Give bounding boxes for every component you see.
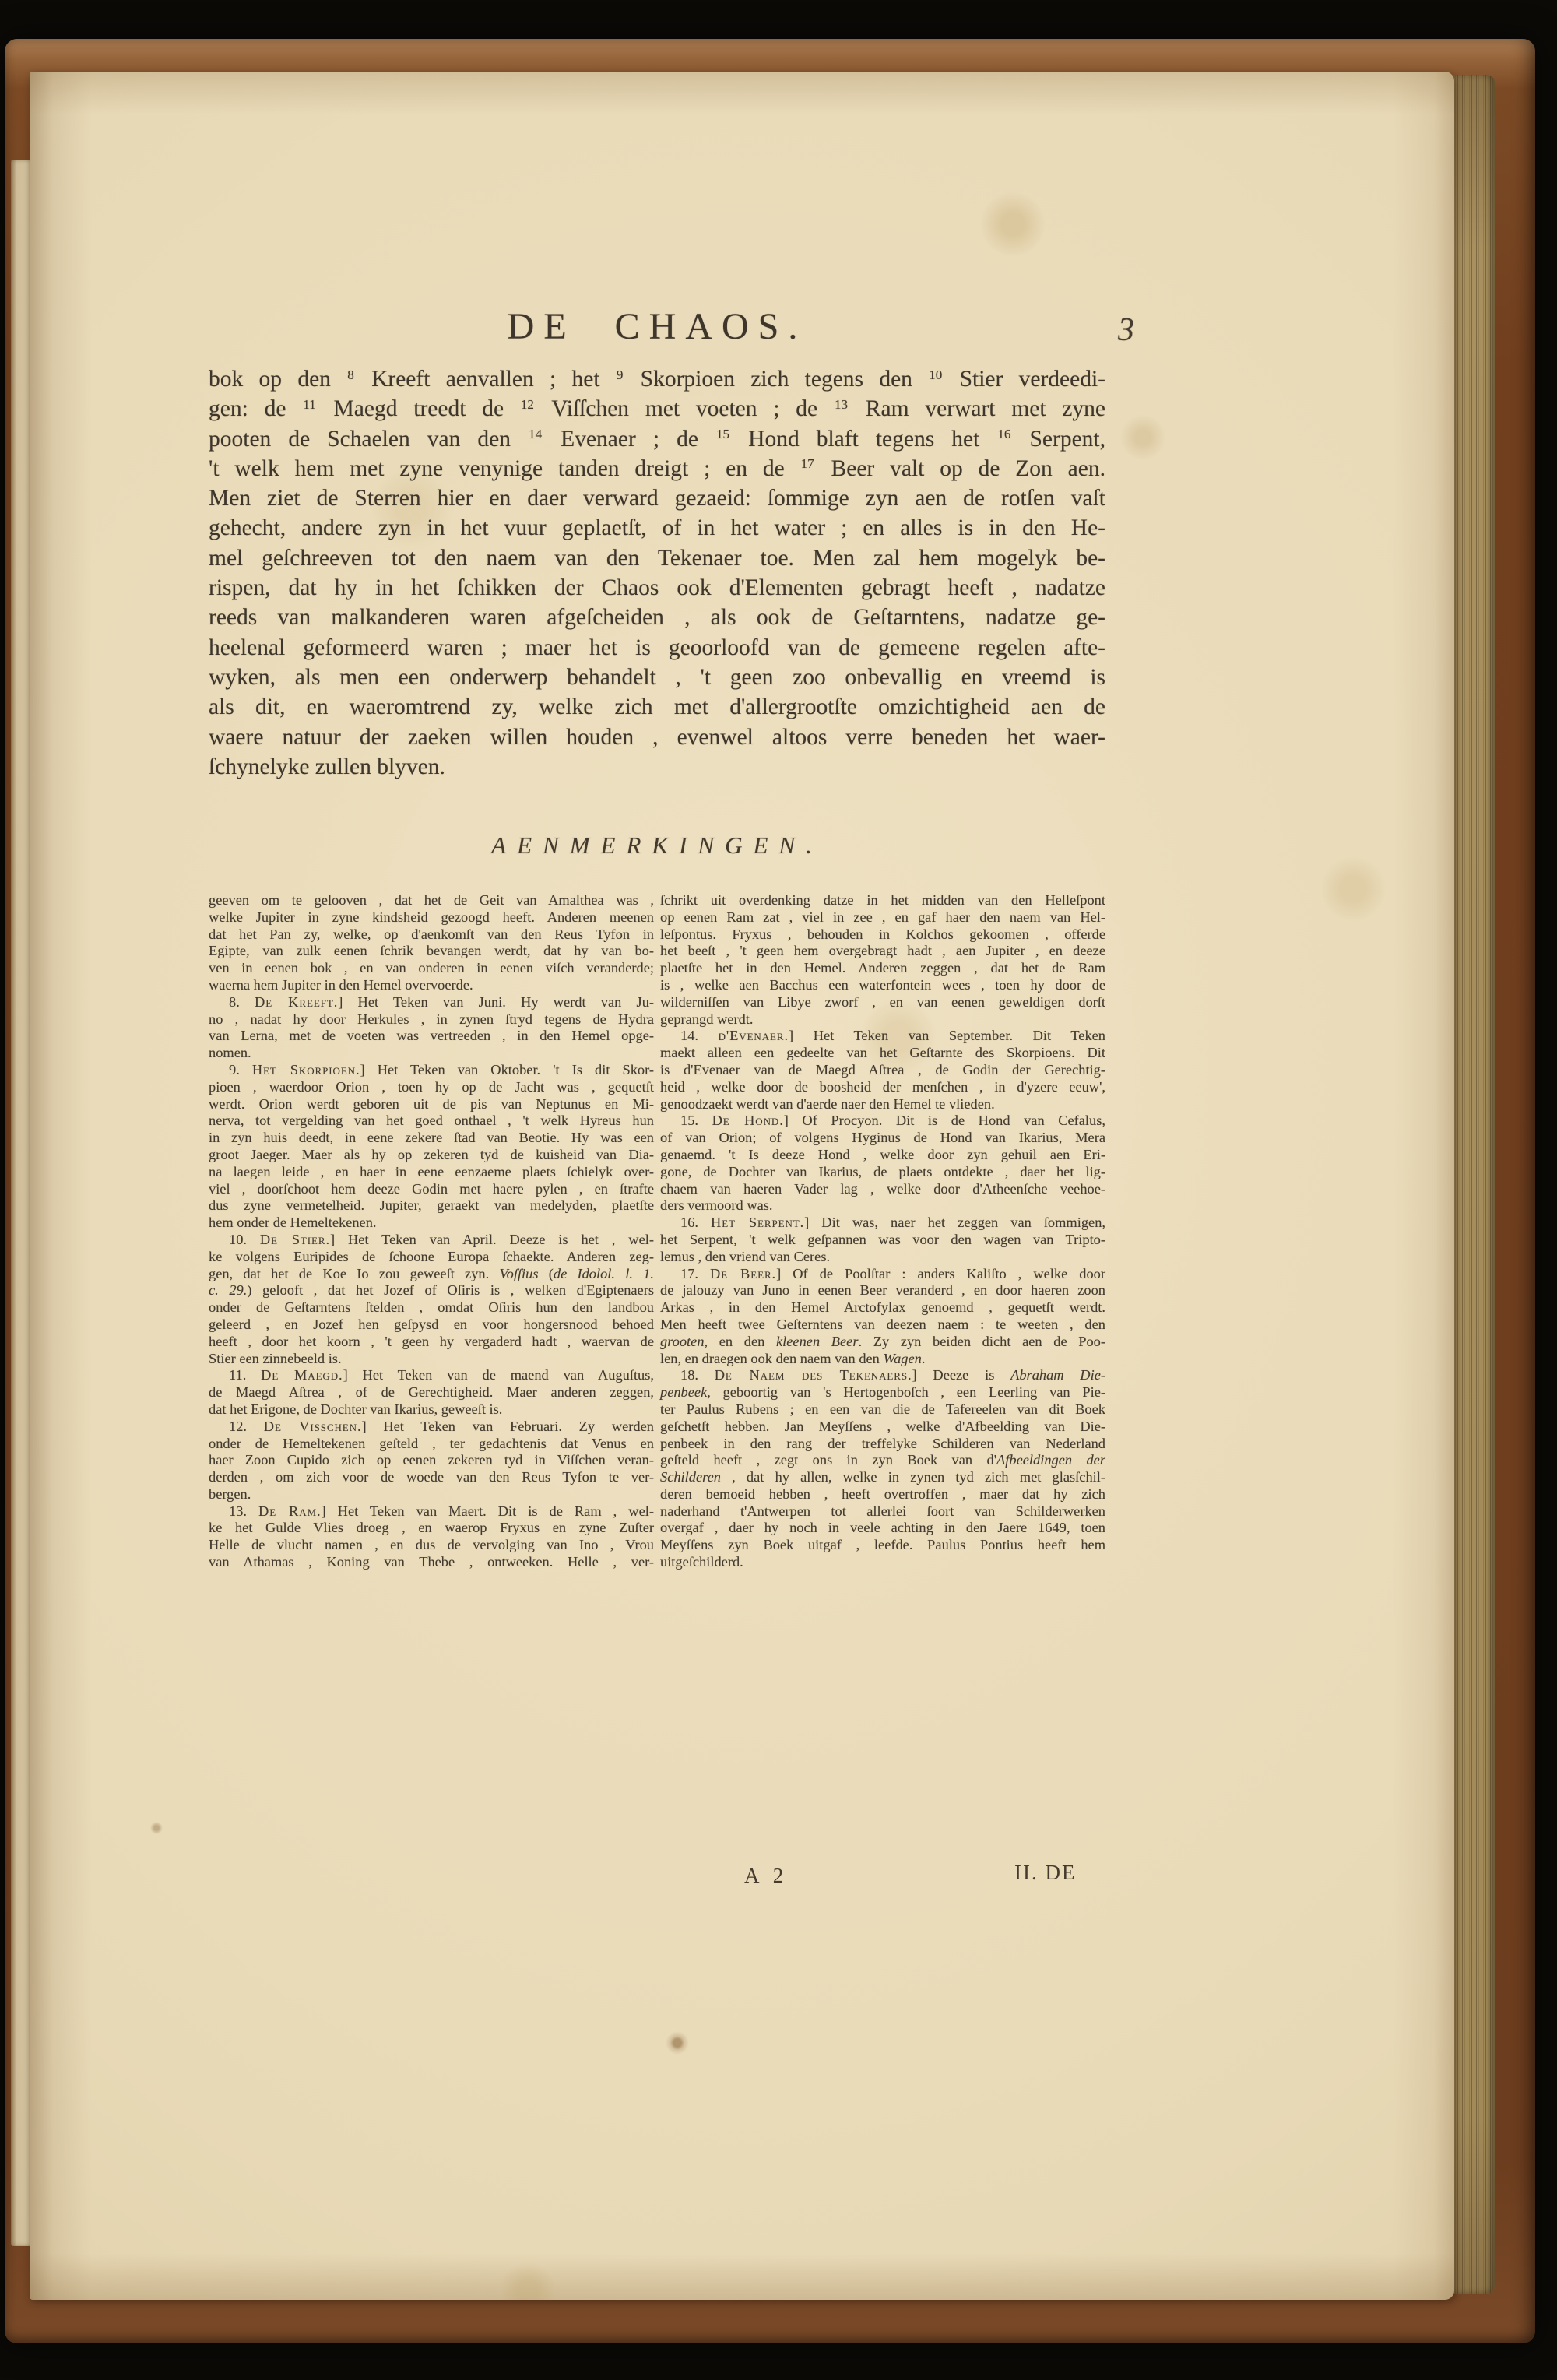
text-line: Meyſſens zyn Boek uitgaf , leefde. Paulu… [660, 1537, 1105, 1554]
text-line: no , nadat hy door Herkules , in zynen ſ… [209, 1011, 654, 1028]
text-line: hem onder de Hemeltekenen. [209, 1215, 654, 1232]
text-line: welke Jupiter in zyne kindsheid gezoogd … [209, 909, 654, 926]
text-line: is d'Evenaer van de Maegd Aſtrea , de Go… [660, 1062, 1105, 1079]
text-line: Egipte, van zulk eenen ſchrik bevangen w… [209, 943, 654, 960]
text-line: 8. De Kreeft.] Het Teken van Juni. Hy we… [209, 994, 654, 1011]
text-line: ſchynelyke zullen blyven. [209, 752, 1105, 782]
text-line: na laegen leide , en haer in eene eenzae… [209, 1164, 654, 1181]
text-line: 't welk hem met zyne venynige tanden dre… [209, 454, 1105, 483]
book-fore-edge-pages [1448, 75, 1495, 2294]
text-line: len, en draegen ook den naem van den Wag… [660, 1351, 1105, 1368]
text-line: 18. De Naem des Tekenaers.] Deeze is Abr… [660, 1367, 1105, 1384]
text-line: grooten, en den kleenen Beer. Zy zyn bei… [660, 1334, 1105, 1351]
text-line: waerna hem Jupiter in den Hemel overvoer… [209, 977, 654, 994]
text-line: geleerd , en Jozef hen geſpysd en voor h… [209, 1317, 654, 1334]
text-line: dus zyne vermetelheid. Jupiter, geraekt … [209, 1197, 654, 1215]
text-line: 16. Het Serpent.] Dit was, naer het zegg… [660, 1215, 1105, 1232]
text-line: chaem van haeren Vader lag , welke door … [660, 1181, 1105, 1198]
text-line: ke het Gulde Vlies droeg , en waerop Fry… [209, 1520, 654, 1537]
text-line: Men heeft twee Geſterntens van deezen na… [660, 1317, 1105, 1334]
text-line: is , welke aen Bacchus een waterfontein … [660, 977, 1105, 994]
text-line: geſchetſt hebben. Jan Meyſſens , welke d… [660, 1419, 1105, 1436]
text-line: gen, dat het de Koe Io zou geweeſt zyn. … [209, 1266, 654, 1283]
text-line: Helle de vlucht namen , en dus de vervol… [209, 1537, 654, 1554]
text-line: de jalouzy van Juno in eenen Beer verand… [660, 1282, 1105, 1299]
text-line: 17. De Beer.] Of de Poolſtar : anders Ka… [660, 1266, 1105, 1283]
page-number: 3 [1118, 311, 1165, 349]
text-line: bok op den 8 Kreeft aenvallen ; het 9 Sk… [209, 364, 1105, 394]
text-line: heid , welke door de boosheid der menſch… [660, 1079, 1105, 1096]
text-line: nerva, tot vergelding van het goed ontha… [209, 1113, 654, 1130]
text-line: pooten de Schaelen van den 14 Evenaer ; … [209, 424, 1105, 454]
text-line: gone, de Dochter van Ikarius, de plaets … [660, 1164, 1105, 1181]
text-line: derden , om zich voor de woede van den R… [209, 1469, 654, 1486]
text-line: 10. De Stier.] Het Teken van April. Deez… [209, 1232, 654, 1249]
text-line: heeft , door het koorn , 't geen hy verg… [209, 1334, 654, 1351]
text-line: geeven om te gelooven , dat het de Geit … [209, 892, 654, 909]
text-line: ven in eenen bok , en van onderen in een… [209, 960, 654, 977]
text-line: nomen. [209, 1045, 654, 1062]
text-line: geprangd werdt. [660, 1011, 1105, 1028]
text-line: het beeſt , 't geen hem overgebragt hadt… [660, 943, 1105, 960]
text-line: plaetſte het in den Hemel. Anderen zegge… [660, 960, 1105, 977]
annotation-column-right: ſchrikt uit overdenking datze in het mid… [660, 892, 1105, 1571]
text-line: 13. De Ram.] Het Teken van Maert. Dit is… [209, 1503, 654, 1520]
text-line: onder de Hemeltekenen geſteld , ter geda… [209, 1436, 654, 1453]
text-line: ke volgens Euripides de ſchoone Europa ſ… [209, 1249, 654, 1266]
text-line: penbeek in den rang der treffelyke Schil… [660, 1436, 1105, 1453]
text-line: mel geſchreeven tot den naem van den Tek… [209, 543, 1105, 573]
text-line: rispen, dat hy in het ſchikken der Chaos… [209, 573, 1105, 603]
text-line: Men ziet de Sterren hier en daer verward… [209, 483, 1105, 513]
text-line: ders vermoord was. [660, 1197, 1105, 1215]
text-line: 11. De Maegd.] Het Teken van de maend va… [209, 1367, 654, 1384]
text-line: Arkas , in den Hemel Arctofylax genoemd … [660, 1299, 1105, 1317]
text-line: het Serpent, 't welk geſpannen was voor … [660, 1232, 1105, 1249]
text-line: viel , doorſchoot hem deeze Godin met ha… [209, 1181, 654, 1198]
text-line: deren bemoeid hebben , heeft overtroffen… [660, 1486, 1105, 1503]
text-line: werdt. Orion werdt geboren uit de pis va… [209, 1096, 654, 1113]
direction-line: A 2 II. DE [30, 1864, 1454, 1895]
text-line: 14. d'Evenaer.] Het Teken van September.… [660, 1028, 1105, 1045]
text-line: gen: de 11 Maegd treedt de 12 Viſſchen m… [209, 394, 1105, 424]
text-line: ter Paulus Rubens ; en een van die de Ta… [660, 1401, 1105, 1419]
text-line: als dit, en waeromtrend zy, welke zich m… [209, 692, 1105, 722]
text-line: haer Zoon Cupido zich op eenen zekeren t… [209, 1452, 654, 1469]
text-line: genaemd. 't Is deeze Hond , welke door z… [660, 1147, 1105, 1164]
text-line: maekt alleen een gedeelte van het Geſtar… [660, 1045, 1105, 1062]
text-line: genoodzaekt werdt van d'aerde naer den H… [660, 1096, 1105, 1113]
scan-background: DE CHAOS. 3 bok op den 8 Kreeft aenvalle… [0, 0, 1557, 2380]
text-line: groot Jaeger. Maer als hy op zekeren tyd… [209, 1147, 654, 1164]
text-line: Schilderen , dat hy allen, welke in zyne… [660, 1469, 1105, 1486]
text-line: overgaf , daer hy noch in veele achting … [660, 1520, 1105, 1537]
text-line: naderhand t'Antwerpen tot allerlei ſoort… [660, 1503, 1105, 1520]
text-line: dat het Erigone, de Dochter van Ikarius,… [209, 1401, 654, 1419]
text-line: penbeek, geboortig van 's Hertogenboſch … [660, 1384, 1105, 1401]
text-line: leſpontus. Fryxus , behouden in Kolchos … [660, 926, 1105, 944]
text-line: pioen , waerdoor Orion , toen hy op de J… [209, 1079, 654, 1096]
text-line: de Maegd Aſtrea , of de Gerechtigheid. M… [209, 1384, 654, 1401]
text-line: dat het Pan zy, welke, op d'aenkomſt van… [209, 926, 654, 944]
text-line: heelenal geformeerd waren ; maer het is … [209, 633, 1105, 663]
text-line: van Athamas , Koning van Thebe , ontweek… [209, 1554, 654, 1571]
main-paragraph: bok op den 8 Kreeft aenvallen ; het 9 Sk… [209, 364, 1105, 782]
text-line: op eenen Ram zat , viel in zee , en gaf … [660, 909, 1105, 926]
text-line: Stier een zinnebeeld is. [209, 1351, 654, 1368]
text-line: 9. Het Skorpioen.] Het Teken van Oktober… [209, 1062, 654, 1079]
text-line: onder de Geſtarntens ſtelden , omdat Oſi… [209, 1299, 654, 1317]
annotations-heading: AENMERKINGEN. [209, 831, 1105, 860]
text-line: wilderniſſen van Libye zworf , en van ee… [660, 994, 1105, 1011]
text-line: ſchrikt uit overdenking datze in het mid… [660, 892, 1105, 909]
book-page: DE CHAOS. 3 bok op den 8 Kreeft aenvalle… [30, 72, 1454, 2300]
text-line: gehecht, andere zyn in het vuur geplaetſ… [209, 513, 1105, 543]
text-line: 15. De Hond.] Of Procyon. Dit is de Hond… [660, 1113, 1105, 1130]
catchword: II. DE [1014, 1861, 1076, 1885]
signature-mark: A 2 [744, 1864, 788, 1888]
text-line: van Lerna, met de voeten was vertreeden … [209, 1028, 654, 1045]
text-line: reeds van malkanderen waren afgeſcheiden… [209, 603, 1105, 632]
text-line: waere natuur der zaeken willen houden , … [209, 722, 1105, 752]
annotation-column-left: geeven om te gelooven , dat het de Geit … [209, 892, 654, 1571]
text-line: bergen. [209, 1486, 654, 1503]
text-line: uitgeſchilderd. [660, 1554, 1105, 1571]
text-line: 12. De Visschen.] Het Teken van Februari… [209, 1419, 654, 1436]
text-line: lemus , den vriend van Ceres. [660, 1249, 1105, 1266]
text-line: in zyn huis deedt, in eene zekere ſtad v… [209, 1130, 654, 1147]
text-line: geſteld heeft , zegt ons in zyn Boek van… [660, 1452, 1105, 1469]
running-title: DE CHAOS. [209, 305, 1105, 348]
text-line: wyken, als men een onderwerp behandelt ,… [209, 663, 1105, 692]
text-line: c. 29.) gelooft , dat het Jozef of Oſiri… [209, 1282, 654, 1299]
text-line: of van Orion; of volgens Hyginus de Hond… [660, 1130, 1105, 1147]
